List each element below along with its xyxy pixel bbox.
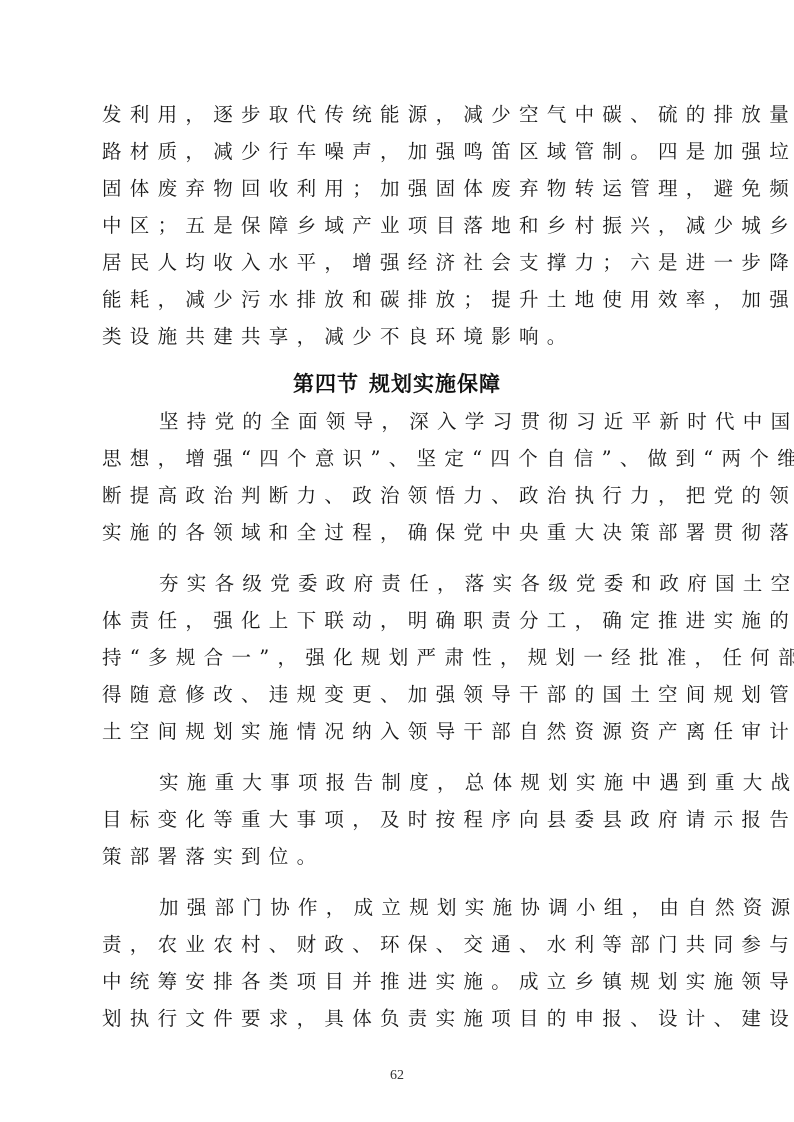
text-line: 策部署落实到位。 (102, 838, 700, 875)
text-line: 中区；五是保障乡域产业项目落地和乡村振兴，减少城乡差距，提升村 (102, 207, 700, 244)
paragraph-major-matters-reporting: 实施重大事项报告制度，总体规划实施中遇到重大战略调整、重要 目标变化等重大事项，… (102, 764, 700, 875)
text-line: 思想，增强“四个意识”、坚定“四个自信”、做到“两个维护”，不 (102, 440, 700, 477)
text-line: 坚持党的全面领导，深入学习贯彻习近平新时代中国特色社会主义 (102, 403, 700, 440)
section-title: 规划实施保障 (369, 372, 501, 396)
continuation-paragraph: 发利用，逐步取代传统能源，减少空气中碳、硫的排放量；三是优化道 路材质，减少行车… (102, 96, 700, 355)
text-line: 类设施共建共享，减少不良环境影响。 (102, 318, 700, 355)
text-line: 体责任，强化上下联动，明确职责分工，确定推进实施的共同责任，坚 (102, 602, 700, 639)
text-line: 土空间规划实施情况纳入领导干部自然资源资产离任审计。 (102, 713, 700, 750)
text-line: 能耗，减少污水排放和碳排放；提升土地使用效率，加强用地集约和各 (102, 281, 700, 318)
text-line: 实施重大事项报告制度，总体规划实施中遇到重大战略调整、重要 (102, 764, 700, 801)
text-line: 断提高政治判断力、政治领悟力、政治执行力，把党的领导贯穿到规划 (102, 477, 700, 514)
text-line: 中统筹安排各类项目并推进实施。成立乡镇规划实施领导小组，结合规 (102, 963, 700, 1000)
text-line: 路材质，减少行车噪声，加强鸣笛区域管制。四是加强垃圾分类管理和 (102, 133, 700, 170)
text-line: 得随意修改、违规变更、加强领导干部的国土空间规划管理培训，将国 (102, 676, 700, 713)
text-line: 发利用，逐步取代传统能源，减少空气中碳、硫的排放量；三是优化道 (102, 96, 700, 133)
section-heading: 第四节规划实施保障 (0, 368, 794, 398)
text-line: 划执行文件要求，具体负责实施项目的申报、设计、建设等工作，推动 (102, 1000, 700, 1037)
paragraph-department-collaboration: 加强部门协作，成立规划实施协调小组，由自然资源与规划部门负 责，农业农村、财政、… (102, 889, 700, 1037)
paragraph-party-leadership: 坚持党的全面领导，深入学习贯彻习近平新时代中国特色社会主义 思想，增强“四个意识… (102, 403, 700, 551)
text-line: 责，农业农村、财政、环保、交通、水利等部门共同参与，在规划实施 (102, 926, 700, 963)
text-line: 加强部门协作，成立规划实施协调小组，由自然资源与规划部门负 (102, 889, 700, 926)
text-line: 实施的各领域和全过程，确保党中央重大决策部署贯彻落实。 (102, 514, 700, 551)
page-number: 62 (0, 1068, 794, 1084)
paragraph-government-responsibility: 夯实各级党委政府责任，落实各级党委和政府国土空间规划管理主 体责任，强化上下联动… (102, 565, 700, 750)
text-line: 目标变化等重大事项，及时按程序向县委县政府请示报告，确保重大决 (102, 801, 700, 838)
section-number: 第四节 (293, 372, 359, 396)
document-page: 发利用，逐步取代传统能源，减少空气中碳、硫的排放量；三是优化道 路材质，减少行车… (0, 0, 794, 1122)
text-line: 夯实各级党委政府责任，落实各级党委和政府国土空间规划管理主 (102, 565, 700, 602)
text-line: 固体废弃物回收利用；加强固体废弃物转运管理，避免频繁穿越居民集 (102, 170, 700, 207)
text-line: 居民人均收入水平，增强经济社会支撑力；六是进一步降低用地水耗、 (102, 244, 700, 281)
text-line: 持“多规合一”，强化规划严肃性，规划一经批准，任何部门和个人不 (102, 639, 700, 676)
